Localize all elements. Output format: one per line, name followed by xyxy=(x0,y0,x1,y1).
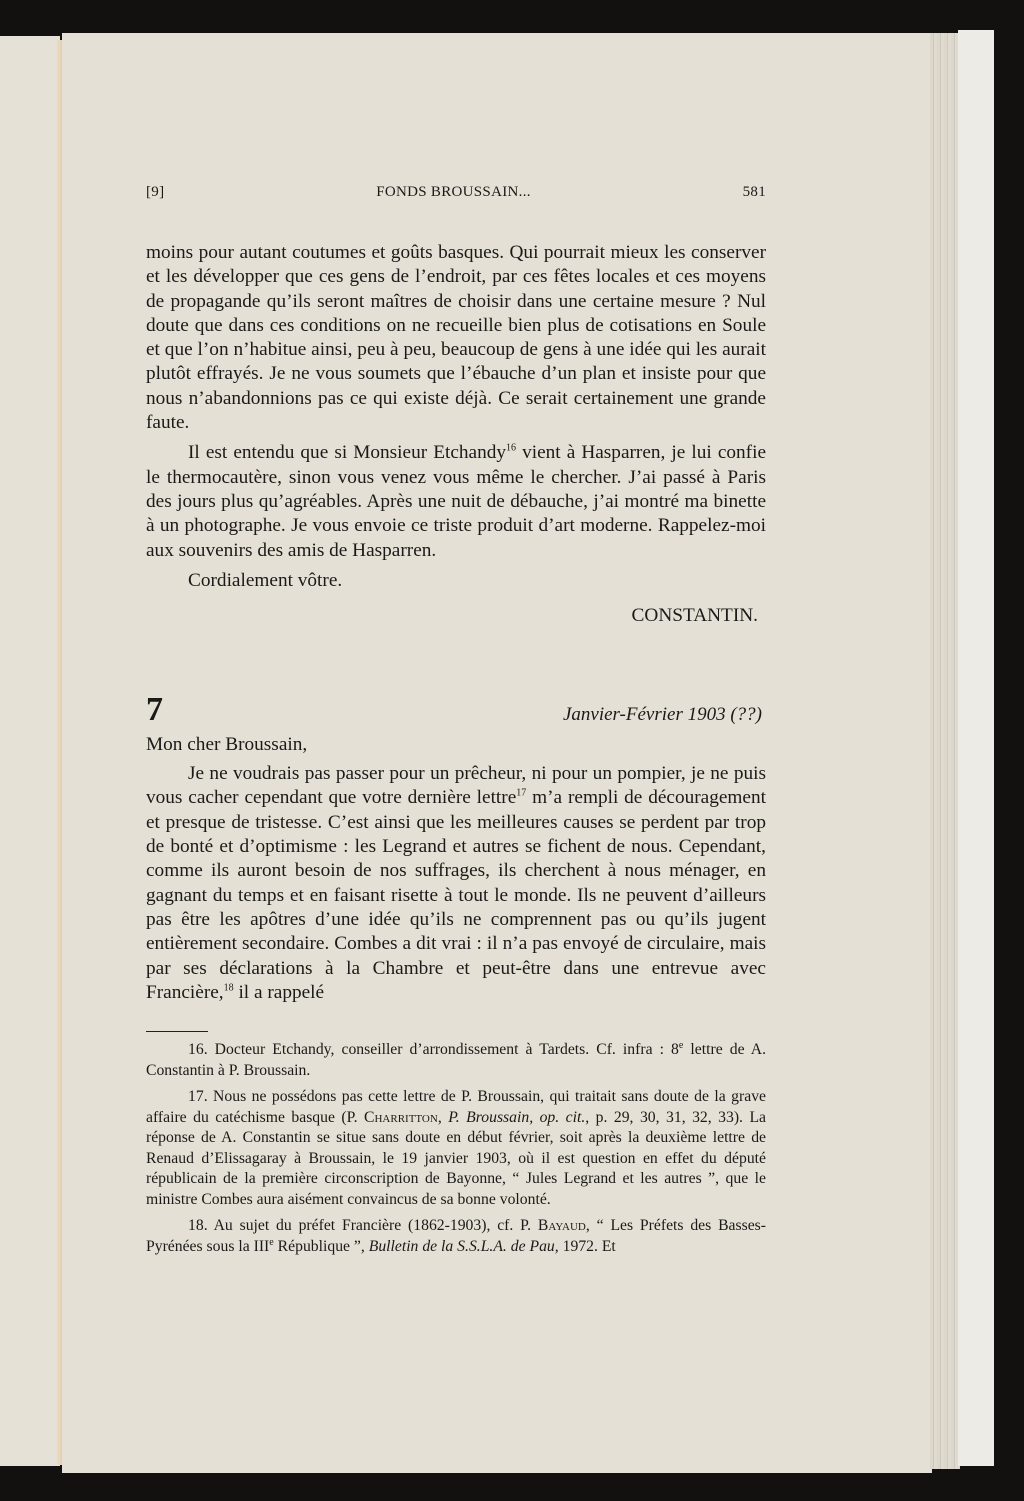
work-title: P. Broussain, op. cit. xyxy=(448,1109,585,1126)
salutation: Mon cher Broussain, xyxy=(146,734,766,756)
letter-7-body: Mon cher Broussain, Je ne voudrais pas p… xyxy=(146,734,766,1005)
footnote-text: 18. Au sujet du préfet Francière (1862-1… xyxy=(188,1217,538,1234)
section-number: [9] xyxy=(146,184,164,201)
paragraph: Je ne voudrais pas passer pour un prêche… xyxy=(146,762,766,1005)
signature: CONSTANTIN. xyxy=(146,605,766,627)
footnote-16: 16. Docteur Etchandy, conseiller d’arron… xyxy=(146,1040,766,1081)
letter-date: Janvier-Février 1903 (??) xyxy=(563,704,766,726)
paragraph-text: m’a rempli de découragement et presque d… xyxy=(146,787,766,1002)
footnote-ref-17[interactable]: 17 xyxy=(516,788,526,799)
closing: Cordialement vôtre. xyxy=(146,569,766,593)
footnote-text: , xyxy=(438,1109,448,1126)
author-name: Bayaud xyxy=(538,1217,586,1234)
footnote-divider xyxy=(146,1031,208,1032)
page-block-edge xyxy=(958,30,994,1466)
paragraph-text: il a rappelé xyxy=(234,982,324,1003)
journal-title: Bulletin de la S.S.L.A. de Pau, xyxy=(369,1238,559,1255)
footnote-text: 16. Docteur Etchandy, conseiller d’arron… xyxy=(188,1041,679,1058)
author-name: Charritton xyxy=(364,1109,438,1126)
footnote-text: 1972. Et xyxy=(559,1238,616,1255)
page-edges xyxy=(930,33,960,1469)
running-header: [9] FONDS BROUSSAIN... 581 xyxy=(146,184,766,201)
page-content: [9] FONDS BROUSSAIN... 581 moins pour au… xyxy=(146,184,766,1257)
paragraph: moins pour autant coutumes et goûts basq… xyxy=(146,241,766,435)
footnote-ref-18[interactable]: 18 xyxy=(224,982,234,993)
letter-6-body: moins pour autant coutumes et goûts basq… xyxy=(146,241,766,627)
footnote-17: 17. Nous ne possédons pas cette lettre d… xyxy=(146,1087,766,1210)
footnote-text: République ”, xyxy=(274,1238,369,1255)
footnote-ref-16[interactable]: 16 xyxy=(506,443,516,454)
page-number: 581 xyxy=(743,184,766,201)
running-title: FONDS BROUSSAIN... xyxy=(376,184,531,201)
paragraph-text: Il est entendu que si Monsieur Etchandy xyxy=(188,442,506,463)
left-page-edge xyxy=(0,36,60,1466)
letter-number: 7 xyxy=(146,695,163,725)
footnotes: 16. Docteur Etchandy, conseiller d’arron… xyxy=(146,1040,766,1257)
letter-7-heading: 7 Janvier-Février 1903 (??) xyxy=(146,695,766,726)
paragraph: Il est entendu que si Monsieur Etchandy1… xyxy=(146,441,766,562)
footnote-18: 18. Au sujet du préfet Francière (1862-1… xyxy=(146,1216,766,1257)
